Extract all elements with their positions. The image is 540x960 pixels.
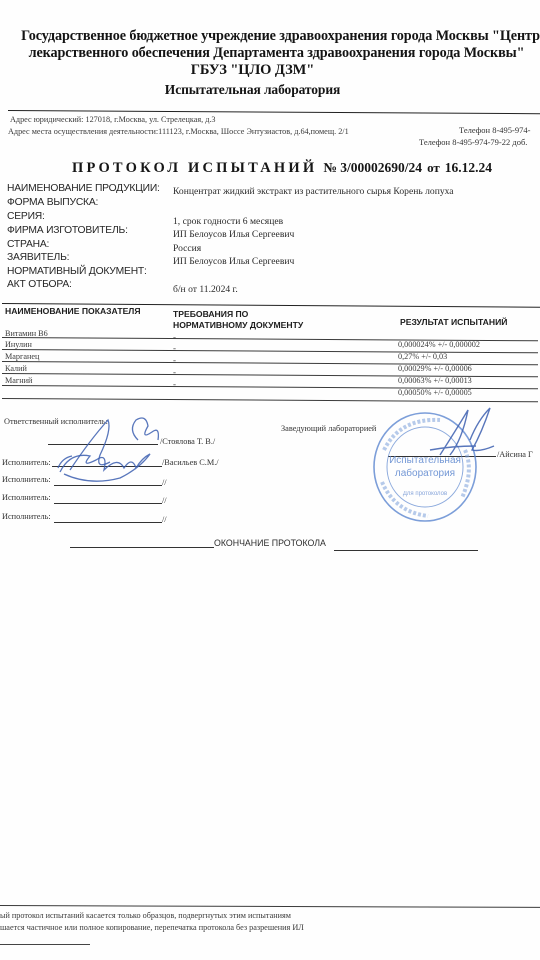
table-cell-requirement: - <box>173 379 176 389</box>
table-cell-indicator: Инулин <box>5 340 32 349</box>
end-of-protocol: ОКОНЧАНИЕ ПРОТОКОЛА <box>214 538 326 548</box>
protocol-title-text: ПРОТОКОЛ ИСПЫТАНИЙ <box>72 160 317 176</box>
stamp-text-3: Для протоколов <box>403 491 447 497</box>
signature-vasiliev-icon <box>58 454 150 481</box>
executor-2-name: // <box>162 478 167 487</box>
table-cell-requirement: - <box>173 343 176 353</box>
executor-2-label: Исполнитель: <box>2 475 51 484</box>
responsible-executor-name: /Стоялова Т. В./ <box>160 437 215 446</box>
table-row-divider <box>2 385 538 389</box>
footer-note-1: ый протокол испытаний касается только об… <box>0 911 291 920</box>
table-cell-requirement: - <box>173 355 176 365</box>
col-header-requirement-1: ТРЕБОВАНИЯ ПО <box>173 309 248 319</box>
legal-address: Адрес юридический: 127018, г.Москва, ул.… <box>10 115 216 124</box>
table-cell-result: 0,00063% +/- 0,00013 <box>398 376 472 385</box>
field-value-manufacturer: ИП Белоусов Илья Сергеевич <box>173 229 294 240</box>
table-cell-requirement: - <box>173 367 176 377</box>
table-row-divider <box>2 373 538 377</box>
end-line-left <box>70 547 214 548</box>
field-value-sampling-act: б/н от 11.2024 г. <box>173 284 238 295</box>
field-label-form: ФОРМА ВЫПУСКА: <box>7 197 98 208</box>
table-cell-result: 0,00029% +/- 0,00006 <box>398 364 472 373</box>
footer-note-2: шается частичное или полное копирование,… <box>0 923 304 932</box>
field-value-product: Концентрат жидкий экстракт из растительн… <box>173 186 454 197</box>
table-row-divider <box>2 337 538 341</box>
field-label-applicant: ЗАЯВИТЕЛЬ: <box>7 252 69 263</box>
protocol-date: 16.12.24 <box>445 160 492 175</box>
end-line-right <box>334 550 478 551</box>
field-label-series: СЕРИЯ: <box>7 211 45 222</box>
table-cell-result: 0,00050% +/- 0,00005 <box>398 388 472 397</box>
table-cell-result: 0,000024% +/- 0,000002 <box>398 340 480 349</box>
phone-1: Телефон 8-495-974- <box>459 125 530 135</box>
protocol-from: от <box>427 160 440 175</box>
field-label-normative-doc: НОРМАТИВНЫЙ ДОКУМЕНТ: <box>7 266 147 277</box>
field-label-manufacturer: ФИРМА ИЗГОТОВИТЕЛЬ: <box>7 225 128 236</box>
stamp-text-2: лаборатория <box>395 467 455 479</box>
executor-3-name: // <box>162 496 167 505</box>
stamp-seal-icon: Испытательная лаборатория Для протоколов <box>370 410 480 525</box>
col-header-indicator: НАИМЕНОВАНИЕ ПОКАЗАТЕЛЯ <box>5 306 141 316</box>
col-header-result: РЕЗУЛЬТАТ ИСПЫТАНИЙ <box>400 317 507 327</box>
org-name-line2: лекарственного обеспечения Департамента … <box>4 45 540 62</box>
activity-address: Адрес места осуществления деятельности:1… <box>8 127 349 136</box>
table-cell-indicator: Марганец <box>5 352 39 361</box>
executor-3-label: Исполнитель: <box>2 493 51 502</box>
stamp-text-1: Испытательная <box>389 455 461 466</box>
executor-2-signature-line <box>54 485 162 486</box>
table-row-divider <box>2 349 538 353</box>
executor-4-signature-line <box>54 522 162 523</box>
document-page: Государственное бюджетное учреждение здр… <box>0 0 540 960</box>
phone-2: Телефон 8-495-974-79-22 доб. <box>419 137 527 147</box>
head-of-lab-name: /Айсина Г <box>497 450 533 459</box>
table-cell-result: 0,27% +/- 0,03 <box>398 352 447 361</box>
footer-top-rule <box>0 905 540 908</box>
executor-3-signature-line <box>54 503 162 504</box>
executor-1-label: Исполнитель: <box>2 458 51 467</box>
field-value-series: 1, срок годности 6 месяцев <box>173 216 283 227</box>
field-label-sampling-act: АКТ ОТБОРА: <box>7 279 72 290</box>
header-divider <box>8 110 540 114</box>
footer-short-rule <box>0 944 90 945</box>
executor-4-name: // <box>162 515 167 524</box>
table-cell-indicator: Калий <box>5 364 27 373</box>
executor-4-label: Исполнитель: <box>2 512 51 521</box>
executor-1-name: /Васильев С.М./ <box>162 458 219 467</box>
responsible-executor-label: Ответственный исполнитель: <box>4 417 108 426</box>
org-abbrev: ГБУЗ "ЦЛО ДЗМ" <box>0 62 525 79</box>
protocol-title: ПРОТОКОЛ ИСПЫТАНИЙ№ 3/00002690/24от16.12… <box>72 160 492 177</box>
head-of-lab-label: Заведующий лабораторией <box>281 424 376 433</box>
table-row-divider <box>2 398 538 402</box>
col-header-requirement-2: НОРМАТИВНОМУ ДОКУМЕНТУ <box>173 320 303 330</box>
field-label-product: НАИМЕНОВАНИЕ ПРОДУКЦИИ: <box>7 183 160 194</box>
table-row-divider <box>2 361 538 365</box>
table-cell-indicator: Магний <box>5 376 32 385</box>
lab-name: Испытательная лаборатория <box>0 82 525 98</box>
executor-1-signature-line <box>52 466 162 467</box>
org-name-line1: Государственное бюджетное учреждение здр… <box>8 28 540 45</box>
protocol-number: № 3/00002690/24 <box>323 160 422 175</box>
field-label-country: СТРАНА: <box>7 239 49 250</box>
field-value-applicant: ИП Белоусов Илья Сергеевич <box>173 256 294 267</box>
responsible-signature-line <box>48 444 158 445</box>
table-cell-requirement: - <box>173 332 176 342</box>
field-value-country: Россия <box>173 243 201 254</box>
lab-stamp: Испытательная лаборатория Для протоколов <box>370 410 480 525</box>
